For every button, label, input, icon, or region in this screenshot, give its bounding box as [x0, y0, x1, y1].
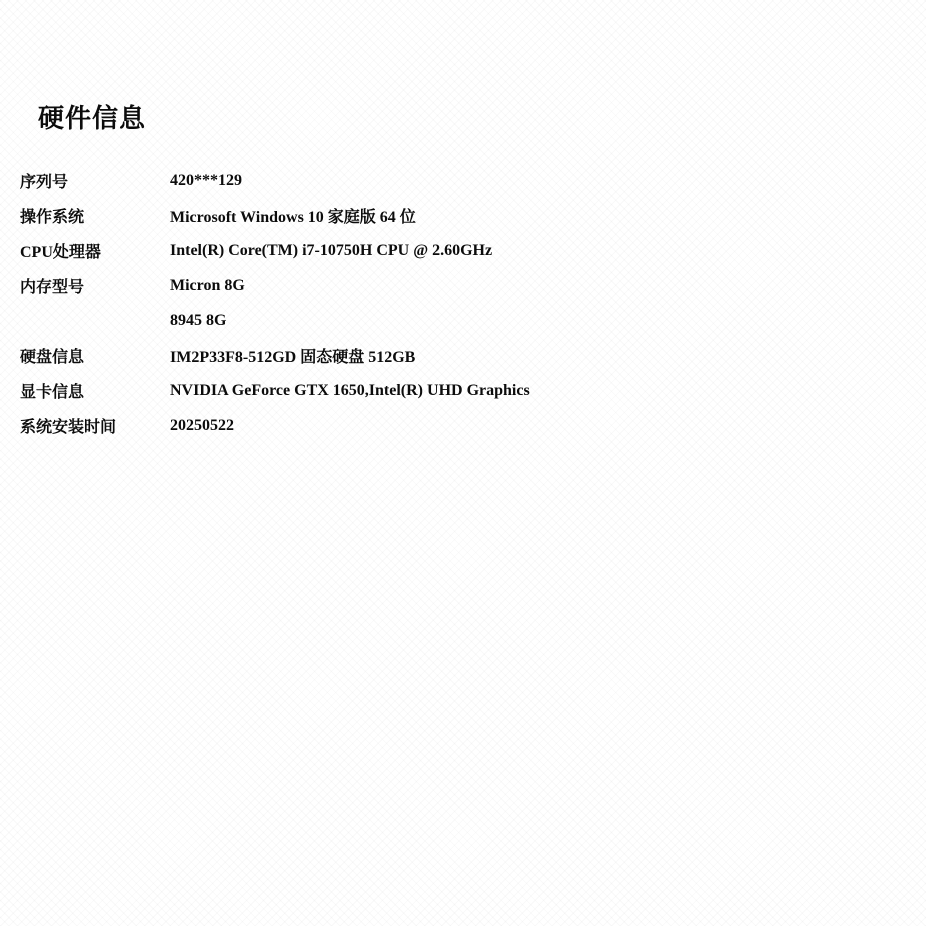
page-title: 硬件信息: [38, 98, 146, 135]
info-row-memory-line-2: 8945 8G: [20, 303, 916, 338]
info-row-memory: 内存型号 Micron 8G: [20, 268, 916, 303]
info-label: 操作系统: [20, 204, 170, 227]
info-value: 20250522: [170, 417, 234, 435]
info-value: NVIDIA GeForce GTX 1650,Intel(R) UHD Gra…: [170, 382, 530, 400]
info-value: 420***129: [170, 172, 242, 190]
info-row-graphics: 显卡信息 NVIDIA GeForce GTX 1650,Intel(R) UH…: [20, 373, 916, 408]
info-label: 序列号: [20, 169, 170, 192]
info-label: 内存型号: [20, 274, 170, 297]
info-row-disk: 硬盘信息 IM2P33F8-512GD 固态硬盘 512GB: [20, 338, 916, 373]
info-label: 显卡信息: [20, 379, 170, 402]
hardware-info-table: 序列号 420***129 操作系统 Microsoft Windows 10 …: [20, 163, 916, 443]
info-row-install-date: 系统安装时间 20250522: [20, 408, 916, 443]
info-value: Micron 8G: [170, 277, 245, 295]
info-row-operating-system: 操作系统 Microsoft Windows 10 家庭版 64 位: [20, 198, 916, 233]
info-value: Microsoft Windows 10 家庭版 64 位: [170, 204, 416, 227]
info-value: 8945 8G: [170, 312, 226, 330]
info-row-cpu: CPU处理器 Intel(R) Core(TM) i7-10750H CPU @…: [20, 233, 916, 268]
info-label: 硬盘信息: [20, 344, 170, 367]
info-value: Intel(R) Core(TM) i7-10750H CPU @ 2.60GH…: [170, 242, 492, 260]
info-label: 系统安装时间: [20, 414, 170, 437]
info-value: IM2P33F8-512GD 固态硬盘 512GB: [170, 344, 415, 367]
info-label: CPU处理器: [20, 239, 170, 262]
info-row-serial-number: 序列号 420***129: [20, 163, 916, 198]
